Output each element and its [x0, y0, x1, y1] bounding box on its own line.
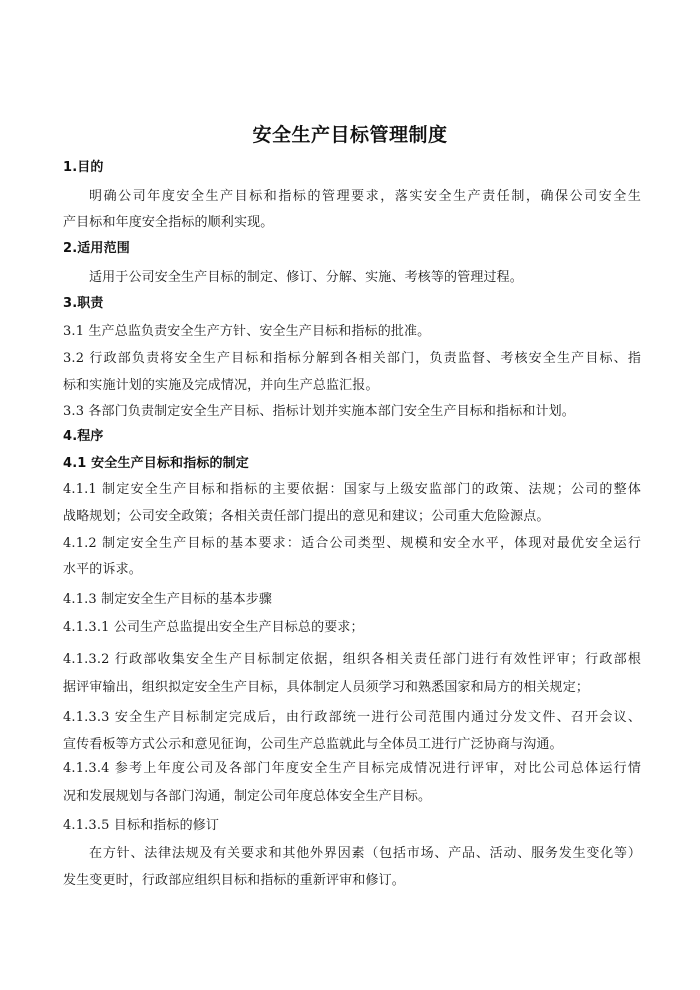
subsection-heading-4-1: 4.1 安全生产目标和指标的制定: [63, 456, 641, 472]
responsibility-item-3-3: 3.3 各部门负责制定安全生产目标、指标计划并实施本部门安全生产目标和指标和计划…: [63, 404, 641, 420]
clause-4-1-3-3-line-1: 4.1.3.3 安全生产目标制定完成后，由行政部统一进行公司范围内通过分发文件、…: [63, 710, 641, 726]
revision-text-line-2: 发生变更时，行政部应组织目标和指标的重新评审和修订。: [63, 873, 641, 889]
clause-4-1-3-4-line-2: 况和发展规划与各部门沟通，制定公司年度总体安全生产目标。: [63, 789, 641, 805]
clause-4-1-3-1: 4.1.3.1 公司生产总监提出安全生产目标总的要求；: [63, 620, 641, 636]
clause-4-1-3-4-line-1: 4.1.3.4 参考上年度公司及各部门年度安全生产目标完成情况进行评审，对比公司…: [63, 761, 641, 777]
section-heading-procedure: 4.程序: [63, 429, 641, 445]
document-page: 安全生产目标管理制度 1.目的 明确公司年度安全生产目标和指标的管理要求，落实安…: [0, 0, 700, 990]
clause-4-1-2-line-2: 水平的诉求。: [63, 562, 641, 578]
clause-4-1-3-2-line-1: 4.1.3.2 行政部收集安全生产目标制定依据，组织各相关责任部门进行有效性评审…: [63, 652, 641, 668]
responsibility-item-3-2-line-1: 3.2 行政部负责将安全生产目标和指标分解到各相关部门，负责监督、考核安全生产目…: [63, 351, 641, 367]
clause-4-1-3: 4.1.3 制定安全生产目标的基本步骤: [63, 592, 641, 608]
clause-4-1-1-line-2: 战略规划；公司安全政策；各相关责任部门提出的意见和建议；公司重大危险源点。: [63, 509, 641, 525]
section-heading-purpose: 1.目的: [63, 160, 641, 176]
purpose-text-line-2: 产目标和年度安全指标的顺利实现。: [63, 215, 641, 231]
document-title: 安全生产目标管理制度: [0, 120, 700, 147]
clause-4-1-3-2-line-2: 据评审输出，组织拟定安全生产目标，具体制定人员须学习和熟悉国家和局方的相关规定；: [63, 680, 641, 696]
section-heading-scope: 2.适用范围: [63, 241, 641, 257]
clause-4-1-3-5: 4.1.3.5 目标和指标的修订: [63, 818, 641, 834]
clause-4-1-1-line-1: 4.1.1 制定安全生产目标和指标的主要依据：国家与上级安监部门的政策、法规；公…: [63, 482, 641, 498]
clause-4-1-2-line-1: 4.1.2 制定安全生产目标的基本要求：适合公司类型、规模和安全水平，体现对最优…: [63, 536, 641, 552]
responsibility-item-3-1: 3.1 生产总监负责安全生产方针、安全生产目标和指标的批准。: [63, 324, 641, 340]
section-heading-responsibilities: 3.职责: [63, 296, 641, 312]
scope-text: 适用于公司安全生产目标的制定、修订、分解、实施、考核等的管理过程。: [89, 270, 641, 286]
revision-text-line-1: 在方针、法律法规及有关要求和其他外界因素（包括市场、产品、活动、服务发生变化等）: [89, 846, 641, 862]
purpose-text-line-1: 明确公司年度安全生产目标和指标的管理要求，落实安全生产责任制，确保公司安全生: [89, 189, 641, 205]
clause-4-1-3-3-line-2: 宣传看板等方式公示和意见征询，公司生产总监就此与全体员工进行广泛协商与沟通。: [63, 737, 641, 753]
responsibility-item-3-2-line-2: 标和实施计划的实施及完成情况，并向生产总监汇报。: [63, 378, 641, 394]
